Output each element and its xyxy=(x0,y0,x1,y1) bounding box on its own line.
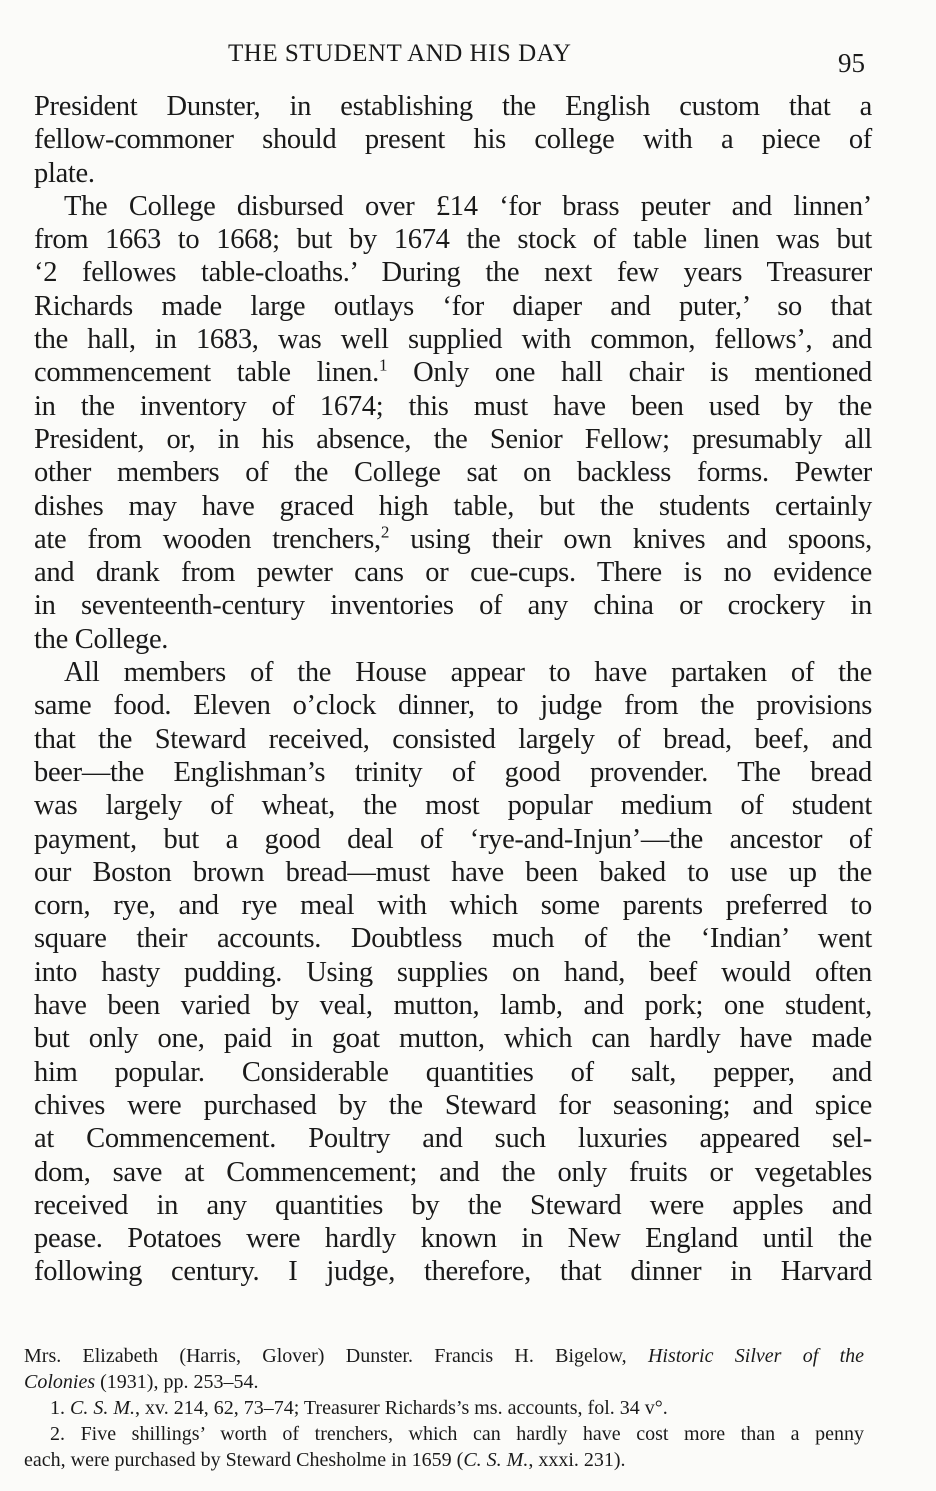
text-line: from 1663 to 1668; but by 1674 the stock… xyxy=(34,223,872,256)
text-line: in seventeenth-century inventories of an… xyxy=(34,589,872,622)
text-line: pease. Potatoes were hardly known in New… xyxy=(34,1222,872,1255)
text-line: following century. I judge, therefore, t… xyxy=(34,1255,872,1288)
text-line: ‘2 fellowes table-cloaths.’ During the n… xyxy=(34,256,872,289)
paragraph-start-line: The College disbursed over £14 ‘for bras… xyxy=(34,190,872,223)
footnote-2: 2. Five shillings’ worth of trenchers, w… xyxy=(24,1421,864,1447)
text-line: payment, but a good deal of ‘rye-and-Inj… xyxy=(34,823,872,856)
text-line: into hasty pudding. Using supplies on ha… xyxy=(34,956,872,989)
page-number: 95 xyxy=(838,48,865,79)
text-line: the hall, in 1683, was well supplied wit… xyxy=(34,323,872,356)
footnote-number: 1. xyxy=(50,1397,65,1419)
text-line: and drank from pewter cans or cue-cups. … xyxy=(34,556,872,589)
text-line: corn, rye, and rye meal with which some … xyxy=(34,889,872,922)
text-line: dishes may have graced high table, but t… xyxy=(34,490,872,523)
text-line: dom, save at Commencement; and the only … xyxy=(34,1156,872,1189)
footnote-ref-1[interactable]: 1 xyxy=(379,356,387,375)
text-line: but only one, paid in goat mutton, which… xyxy=(34,1022,872,1055)
text-line: him popular. Considerable quantities of … xyxy=(34,1056,872,1089)
text-line: our Boston brown bread—must have been ba… xyxy=(34,856,872,889)
body-text: President Dunster, in establishing the E… xyxy=(34,90,872,1289)
text-line: commencement table linen.1 Only one hall… xyxy=(34,356,872,389)
text-line: plate. xyxy=(34,157,872,190)
footnote-continuation: Colonies (1931), pp. 253–54. xyxy=(24,1369,864,1395)
text-line: the College. xyxy=(34,623,872,656)
text-line: in the inventory of 1674; this must have… xyxy=(34,390,872,423)
text-line: at Commencement. Poultry and such luxuri… xyxy=(34,1122,872,1155)
text-line: Richards made large outlays ‘for diaper … xyxy=(34,290,872,323)
text-line: President Dunster, in establishing the E… xyxy=(34,90,872,123)
footnotes: Mrs. Elizabeth (Harris, Glover) Dunster.… xyxy=(24,1343,864,1473)
text-line: square their accounts. Doubtless much of… xyxy=(34,922,872,955)
footnote-2-continuation: each, were purchased by Steward Chesholm… xyxy=(24,1447,864,1473)
footnote-ref-2[interactable]: 2 xyxy=(381,522,389,541)
page-header: THE STUDENT AND HIS DAY 95 xyxy=(0,40,936,74)
text-line: beer—the Englishman’s trinity of good pr… xyxy=(34,756,872,789)
paragraph-start-line: All members of the House appear to have … xyxy=(34,656,872,689)
running-head: THE STUDENT AND HIS DAY xyxy=(228,40,571,68)
text-line: that the Steward received, consisted lar… xyxy=(34,723,872,756)
text-line: was largely of wheat, the most popular m… xyxy=(34,789,872,822)
text-line: President, or, in his absence, the Senio… xyxy=(34,423,872,456)
footnote-1: 1. C. S. M., xv. 214, 62, 73–74; Treasur… xyxy=(24,1395,864,1421)
text-line: received in any quantities by the Stewar… xyxy=(34,1189,872,1222)
text-line: ate from wooden trenchers,2 using their … xyxy=(34,523,872,556)
text-line: have been varied by veal, mutton, lamb, … xyxy=(34,989,872,1022)
text-line: fellow-commoner should present his colle… xyxy=(34,123,872,156)
text-line: same food. Eleven o’clock dinner, to jud… xyxy=(34,689,872,722)
text-line: other members of the College sat on back… xyxy=(34,456,872,489)
footnote-number: 2. xyxy=(50,1423,65,1445)
text-line: chives were purchased by the Steward for… xyxy=(34,1089,872,1122)
footnote-continuation: Mrs. Elizabeth (Harris, Glover) Dunster.… xyxy=(24,1343,864,1369)
